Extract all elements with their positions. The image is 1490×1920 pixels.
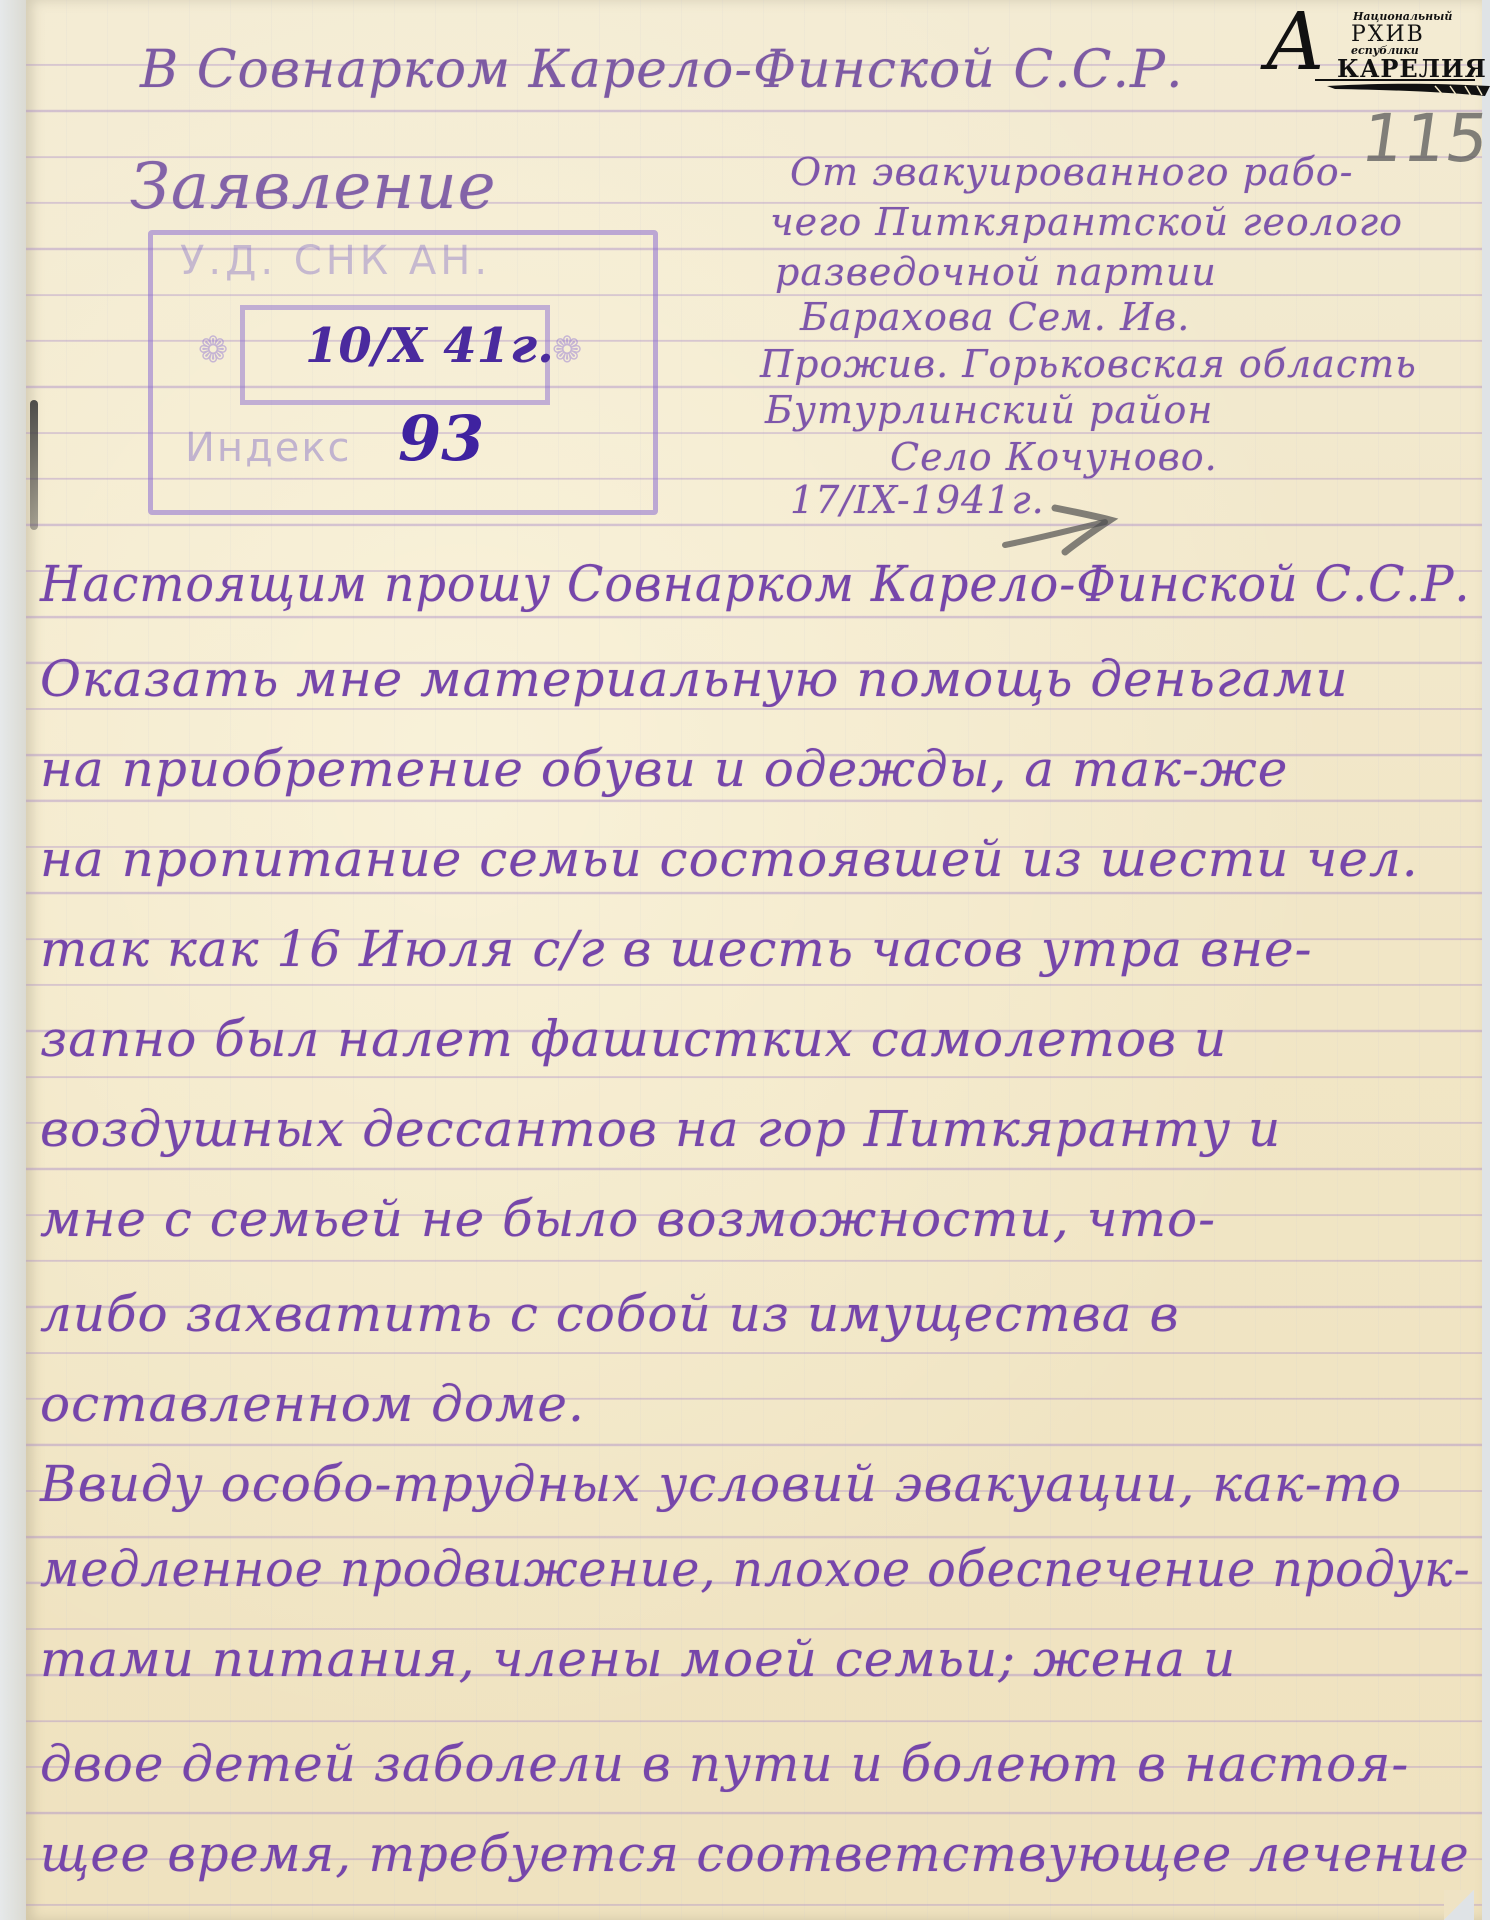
corner-fold xyxy=(1444,1890,1474,1920)
body-line: оставленном доме. xyxy=(40,1375,585,1433)
stamp-header-text: У.Д. СНК АН. xyxy=(180,238,491,284)
body-line: на пропитание семьи состоявшей из шести … xyxy=(40,830,1419,888)
document-title: Заявление xyxy=(130,150,497,224)
sender-line: Село Кочуново. xyxy=(890,435,1218,479)
body-line: либо захватить с собой из имущества в xyxy=(40,1285,1180,1343)
stamp-index-number: 93 xyxy=(398,402,484,475)
body-line: двое детей заболели в пути и болеют в на… xyxy=(40,1735,1409,1793)
pencil-folio-number: 115 xyxy=(1357,100,1490,177)
logo-monogram: А xyxy=(1265,2,1326,82)
body-line: тами питания, члены моей семьи; жена и xyxy=(40,1630,1236,1688)
archive-logo: А Национальный РХИВ еспублики КАРЕЛИЯ xyxy=(1265,2,1480,97)
body-line: Ввиду особо-трудных условий эвакуации, к… xyxy=(40,1455,1402,1513)
quill-icon xyxy=(1325,80,1490,98)
body-line: щее время, требуется соответствующее леч… xyxy=(40,1825,1470,1883)
sender-line: чего Питкярантской геолого xyxy=(770,200,1403,244)
addressee-line: В Совнарком Карело-Финской С.С.Р. xyxy=(140,40,1184,100)
body-line: так как 16 Июля с/г в шесть часов утра в… xyxy=(40,920,1313,978)
body-line: на приобретение обуви и одежды, а так-же xyxy=(40,740,1288,798)
sender-line: разведочной партии xyxy=(775,250,1217,294)
sender-date: 17/IX-1941г. xyxy=(790,478,1045,522)
sender-line: Бутурлинский район xyxy=(765,388,1213,432)
body-line: Оказать мне материальную помощь деньгами xyxy=(40,650,1349,708)
rosette-icon: ❁ xyxy=(198,330,228,371)
stamp-handwritten-date: 10/X 41г. xyxy=(305,318,554,374)
body-line: воздушных дессантов на гор Питкяранту и xyxy=(40,1100,1281,1158)
sender-line: Прожив. Горьковская область xyxy=(760,342,1417,386)
sender-line: От эвакуированного рабо- xyxy=(790,150,1354,194)
body-line: мне с семьей не было возможности, что- xyxy=(40,1190,1216,1248)
rosette-icon: ❁ xyxy=(552,330,582,371)
sender-name: Барахова Сем. Ив. xyxy=(800,295,1190,339)
body-line: запно был налет фашистких самолетов и xyxy=(40,1010,1227,1068)
pencil-mark-left xyxy=(30,400,38,530)
body-line: медленное продвижение, плохое обеспечени… xyxy=(40,1540,1471,1598)
body-line: Настоящим прошу Совнарком Карело-Финской… xyxy=(40,555,1470,613)
stamp-index-label: Индекс xyxy=(185,425,352,471)
